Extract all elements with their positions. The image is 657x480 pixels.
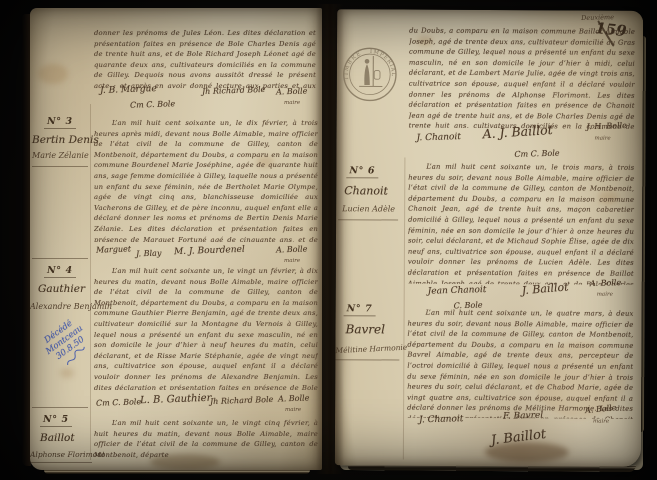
- signature: M. J. Bourdenel: [174, 246, 245, 257]
- stamp-allegory-figure: [359, 56, 382, 87]
- signature: Jean Chanoit: [428, 286, 487, 297]
- margin-separator: [338, 219, 398, 220]
- entry-number-4: N° 4: [44, 265, 76, 278]
- entry-number-5: N° 5: [40, 414, 72, 427]
- entry-4-name: Gauthier: [38, 284, 85, 295]
- act-7-text: L’an mil huit cent soixante un, le quatr…: [407, 308, 634, 419]
- entry-5-name: Baillot: [40, 433, 75, 444]
- mayor-signature: A. Bolle: [276, 87, 308, 96]
- margin-separator: [335, 359, 399, 360]
- entry-number-6: N° 6: [346, 165, 378, 178]
- entry-number-3: N° 3: [44, 116, 76, 129]
- act-4-text: L’an mil huit cent soixante un, le vingt…: [94, 266, 318, 390]
- mayor-signature: A. Bolle: [276, 245, 308, 254]
- signature: L. B. Gauthier: [140, 394, 212, 406]
- mayor-title: maire: [597, 293, 613, 299]
- signature: J. B. Margue: [100, 85, 157, 96]
- svg-text:TIMBRE: TIMBRE: [344, 50, 363, 80]
- entry-number-7: N° 7: [344, 303, 376, 316]
- mayor-signature: A. Bolle: [590, 279, 622, 288]
- entry-3-firstnames: Marie Zélanie: [32, 152, 89, 160]
- margin-separator: [30, 462, 92, 463]
- entry-6-firstnames: Lucien Adèle: [342, 205, 395, 213]
- signature: J. Blay: [136, 250, 162, 259]
- signature: Cm C. Bole: [96, 398, 141, 408]
- signature: Marguet: [96, 245, 131, 254]
- stamp-word-top: TIMBRE: [344, 50, 363, 80]
- margin-rule-right: [403, 158, 406, 460]
- margin-rule-left: [90, 104, 91, 460]
- mayor-signature: Cm C. Bole: [514, 150, 559, 159]
- register-page-left: donner les prénoms de Jules Léon. Les di…: [30, 8, 322, 470]
- act-3-text: L’an mil huit cent soixante un, le dix f…: [94, 118, 318, 242]
- signature: J. Baillot: [521, 281, 569, 296]
- act-2-continuation-text: donner les prénoms de Jules Léon. Les di…: [94, 28, 316, 90]
- signature: J. Chanoit: [416, 133, 461, 143]
- mayor-title: maire: [593, 420, 609, 426]
- margin-separator: [32, 258, 88, 259]
- imperial-timbre-stamp: TIMBRE IMPERIAL: [341, 45, 399, 103]
- signature: J. H. Bolle: [586, 122, 627, 131]
- act-6-text: L’an mil huit cent soixante un, le trois…: [408, 162, 635, 285]
- mayor-title: maire: [284, 259, 300, 265]
- signature: J. Baillot: [490, 428, 546, 447]
- signature: A. J. Baillot: [482, 124, 553, 141]
- entry-7-name: Bavrel: [345, 323, 384, 335]
- signature: J. Chanoit: [419, 415, 464, 425]
- mayor-title: maire: [285, 408, 301, 414]
- register-page-right: Deuxième 159 TIMBRE IMPERIAL: [335, 9, 643, 467]
- signature: Jh Richard Bole: [202, 86, 266, 96]
- entry-6-name: Chanoit: [344, 185, 388, 196]
- mayor-title: maire: [595, 137, 611, 143]
- photographed-register-scene: donner les prénoms de Jules Léon. Les di…: [0, 0, 657, 480]
- act-5-continuation-text: du Doubs, a comparu en la maison commune…: [409, 26, 636, 129]
- signature: Jh Richard Bole: [210, 396, 274, 406]
- foxing-stain: [38, 64, 68, 84]
- act-5-text-start: L’an mil huit cent soixante un, le vingt…: [94, 418, 318, 460]
- mayor-title: maire: [284, 101, 300, 107]
- entry-7-firstnames: Mélitine Harmonie: [335, 344, 407, 355]
- margin-separator: [32, 166, 88, 167]
- margin-separator: [32, 407, 88, 408]
- entry-3-name: Bertin Denis: [32, 135, 99, 146]
- signature: Cm C. Bole: [130, 100, 175, 110]
- signature: F. Bavrel: [503, 412, 543, 422]
- mayor-signature: A. Bolle: [278, 394, 310, 403]
